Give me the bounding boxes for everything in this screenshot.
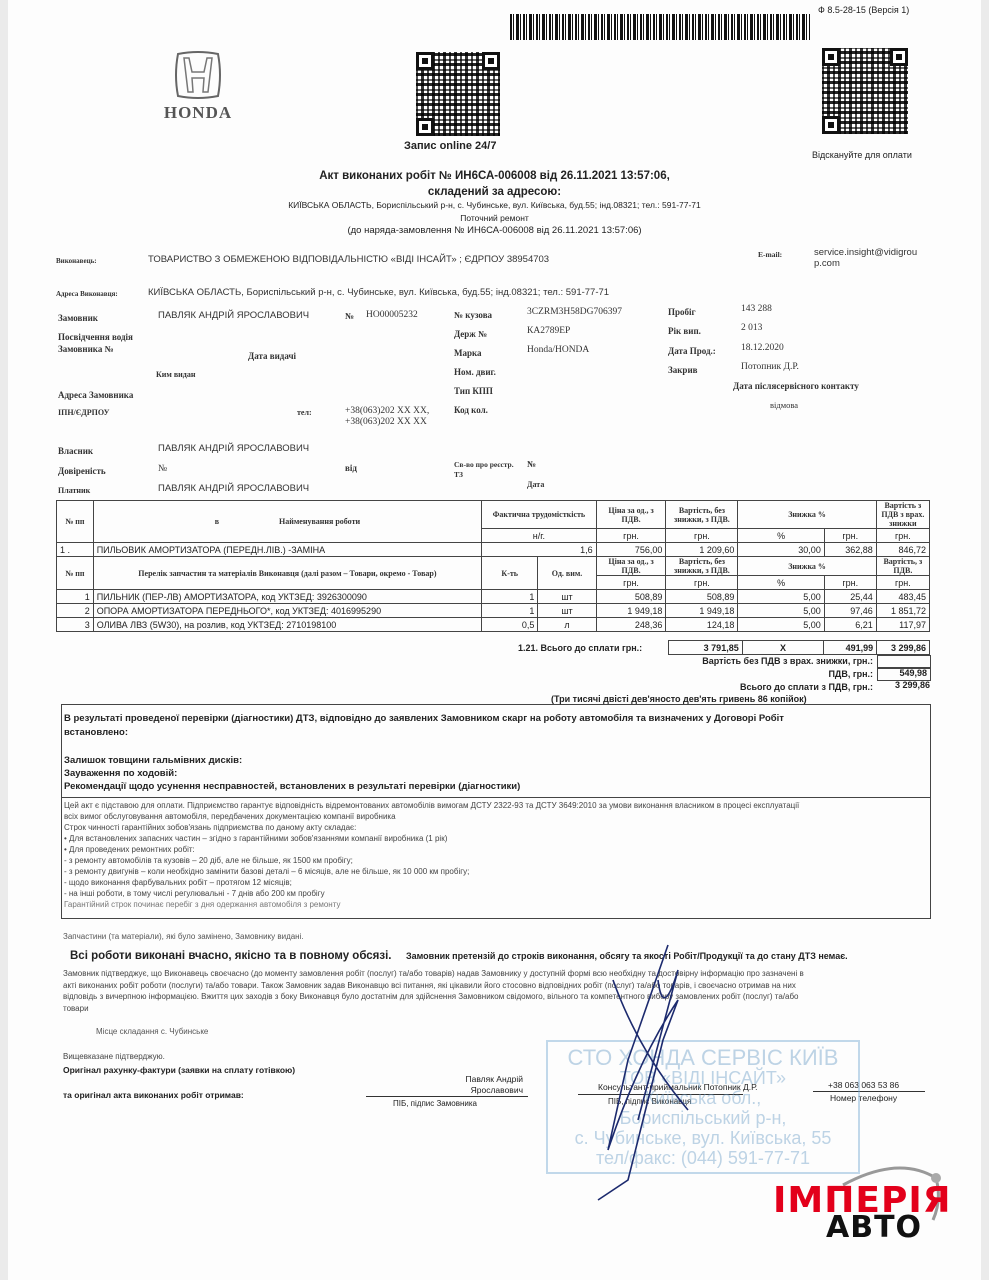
part-disc-uah: 25,44 bbox=[824, 590, 876, 604]
license-label-1: Посвідчення водія bbox=[58, 332, 133, 342]
table-row: 3 ОЛИВА ЛВЗ (5W30), на розлив, код УКТЗЕ… bbox=[57, 618, 930, 632]
part-name: ОПОРА АМОРТИЗАТОРА ПЕРЕДНЬОГО*, код УКТЗ… bbox=[93, 604, 481, 618]
part-unit: шт bbox=[538, 604, 596, 618]
warranty-line: - на інші роботи, в тому числі регулювал… bbox=[62, 888, 930, 899]
customer-no-value: НО00005232 bbox=[366, 310, 418, 320]
order-reference: (до наряда-замовлення № ИН6СА-006008 від… bbox=[8, 225, 981, 236]
original-invoice: Оригінал рахунку-фактури (заявки на спла… bbox=[63, 1065, 295, 1075]
col-cost: Вартість, без знижки, з ПДВ. bbox=[666, 501, 738, 529]
executor-label: Виконавець: bbox=[56, 257, 97, 265]
parts-col-unit: Од. вим. bbox=[538, 557, 596, 590]
total-in-words: (Три тисячі двісті дев'яносто дев'ять гр… bbox=[551, 694, 807, 704]
part-total: 1 851,72 bbox=[876, 604, 929, 618]
parts-unit-cost: грн. bbox=[666, 576, 738, 590]
col-mark: в bbox=[215, 517, 219, 526]
repair-type: Поточний ремонт bbox=[8, 213, 981, 223]
part-qty: 0,5 bbox=[482, 618, 538, 632]
brake-discs: Залишок товщини гальмівних дисків: bbox=[64, 755, 242, 766]
work-no: 1 . bbox=[57, 543, 94, 557]
make-value: Honda/HONDA bbox=[527, 345, 589, 355]
executor-address-label: Адреса Виконавця: bbox=[56, 290, 118, 298]
grand-total-value: 3 299,86 bbox=[877, 680, 930, 690]
part-unit-price: 1 949,18 bbox=[596, 604, 666, 618]
parts-col-discount: Знижка % bbox=[738, 557, 876, 576]
total-cost: 3 791,85 bbox=[669, 641, 743, 655]
poa-from-label: від bbox=[345, 463, 357, 473]
chassis-remarks: Зауваження по ходовій: bbox=[64, 768, 177, 779]
brand-name: HONDA bbox=[148, 103, 248, 123]
plate-value: КА2789ЕР bbox=[527, 326, 570, 336]
part-no: 1 bbox=[57, 590, 94, 604]
gearbox-label: Тип КПП bbox=[454, 386, 493, 396]
engine-label: Ном. двиг. bbox=[454, 367, 496, 377]
warranty-line: Строк чинності гарантійних зобов'язань п… bbox=[62, 822, 930, 833]
unit-price: грн. bbox=[596, 529, 666, 543]
poa-label: Довіреність bbox=[58, 466, 106, 476]
confirmation-text: Замовник підтверджує, що Виконавець своє… bbox=[63, 968, 933, 1014]
owner-name: ПАВЛЯК АНДРІЙ ЯРОСЛАВОВИЧ bbox=[158, 443, 309, 454]
email-label: E-mail: bbox=[758, 250, 782, 259]
grand-total-label: Всього до сплати з ПДВ, грн.: bbox=[628, 682, 873, 692]
no-vat-label: Вартість без ПДВ з врах. знижки, грн.: bbox=[628, 656, 873, 666]
parts-col-unit-price: Ціна за од., з ПДВ. bbox=[596, 557, 666, 576]
form-code: Ф 8.5-28-15 (Версія 1) bbox=[818, 5, 909, 15]
parts-col-name: Перелік запчастин та матеріалів Виконавц… bbox=[93, 557, 481, 590]
original-act: та оригінал акта виконаних робіт отримав… bbox=[63, 1090, 244, 1100]
parts-unit-price: грн. bbox=[596, 576, 666, 590]
col-discount: Знижка % bbox=[738, 501, 876, 529]
document-page: Ф 8.5-28-15 (Версія 1) HONDA Запис onlin… bbox=[8, 0, 981, 1280]
warranty-line: Цей акт є підставою для оплати. Підприєм… bbox=[62, 800, 930, 811]
customer-name: ПАВЛЯК АНДРІЙ ЯРОСЛАВОВИЧ bbox=[158, 310, 309, 321]
customer-no-label: № bbox=[345, 311, 354, 321]
closed-by-label: Закрив bbox=[668, 365, 698, 375]
email-line-1[interactable]: service.insight@vidigrou bbox=[814, 247, 917, 258]
warranty-line: Гарантійний строк починає перебіг з дня … bbox=[62, 899, 930, 910]
honda-h-logo-icon bbox=[148, 50, 248, 100]
parts-unit-total: грн. bbox=[876, 576, 929, 590]
mileage-label: Пробіг bbox=[668, 307, 696, 317]
part-disc-uah: 97,46 bbox=[824, 604, 876, 618]
watermark-logo-secondary: АВТО bbox=[826, 1210, 922, 1245]
parts-unit-disc-pct: % bbox=[738, 576, 824, 590]
post-contact-value: відмова bbox=[770, 400, 798, 410]
part-disc-uah: 6,21 bbox=[824, 618, 876, 632]
parts-col-qty: К-ть bbox=[482, 557, 538, 590]
part-no: 2 bbox=[57, 604, 94, 618]
barcode bbox=[510, 14, 810, 40]
works-parts-table: № пп вНайменування роботи Фактична трудо… bbox=[56, 500, 930, 632]
total-sum: 3 299,86 bbox=[877, 641, 930, 655]
diagnostics-line-1: В результаті проведеної перевірки (діагн… bbox=[64, 713, 784, 724]
warranty-line: - щодо виконання фарбувальних робіт – пр… bbox=[62, 877, 930, 888]
parts-col-no: № пп bbox=[57, 557, 94, 590]
warranty-line: - з ремонту двигунів – коли необхідно за… bbox=[62, 866, 930, 877]
warranty-line: • Для встановлених запасних частин – згі… bbox=[62, 833, 930, 844]
unit-total: грн. bbox=[876, 529, 929, 543]
closed-by-value: Потопник Д.Р. bbox=[741, 362, 799, 372]
confirmation-line: відповідь з вичерпною інформацією. Вжитт… bbox=[63, 991, 933, 1003]
year-label: Рік вип. bbox=[668, 326, 701, 336]
work-unit-price: 756,00 bbox=[596, 543, 666, 557]
issue-date-label: Дата видачі bbox=[248, 351, 296, 361]
parts-returned: Запчастини (та матеріали), які було замі… bbox=[63, 932, 304, 941]
work-name: ПИЛЬОВИК АМОРТИЗАТОРА (ПЕРЕДН.ЛІВ.) -ЗАМ… bbox=[93, 543, 481, 557]
vat-value-box: 549,98 bbox=[877, 667, 931, 681]
executor-value: ТОВАРИСТВО З ОБМЕЖЕНОЮ ВІДПОВІДАЛЬНІСТЮ … bbox=[148, 254, 549, 265]
customer-address-label: Адреса Замовника bbox=[58, 390, 133, 400]
table-row: 1 ПИЛЬНИК (ПЕР-ЛВ) АМОРТИЗАТОРА, код УКТ… bbox=[57, 590, 930, 604]
customer-label: Замовник bbox=[58, 313, 98, 323]
total-label: 1.21. Всього до сплати грн.: bbox=[518, 643, 642, 653]
body-no-value: 3CZRM3H58DG706397 bbox=[527, 307, 622, 317]
work-total: 846,72 bbox=[876, 543, 929, 557]
work-disc-uah: 362,88 bbox=[824, 543, 876, 557]
part-no: 3 bbox=[57, 618, 94, 632]
license-label-2: Замовника № bbox=[58, 344, 114, 354]
confirmation-line: Замовник підтверджує, що Виконавець своє… bbox=[63, 968, 933, 980]
vat-value: 549,98 bbox=[899, 668, 930, 678]
post-contact-label: Дата післясервісного контакту bbox=[733, 381, 859, 391]
work-cost: 1 209,60 bbox=[666, 543, 738, 557]
reg-date-label: Дата bbox=[527, 480, 544, 489]
year-value: 2 013 bbox=[741, 323, 762, 333]
part-unit-price: 508,89 bbox=[596, 590, 666, 604]
place-of-issue: Місце складання с. Чубинське bbox=[96, 1027, 208, 1036]
table-row: 1 . ПИЛЬОВИК АМОРТИЗАТОРА (ПЕРЕДН.ЛІВ.) … bbox=[57, 543, 930, 557]
body-no-label: № кузова bbox=[454, 310, 492, 320]
qr-online-caption: Запис online 24/7 bbox=[404, 140, 496, 152]
poa-no-label: № bbox=[158, 464, 167, 474]
unit-cost: грн. bbox=[666, 529, 738, 543]
diagnostics-box: В результаті проведеної перевірки (діагн… bbox=[61, 704, 931, 798]
part-cost: 124,18 bbox=[666, 618, 738, 632]
qr-payment[interactable] bbox=[822, 48, 908, 134]
part-disc-pct: 5,00 bbox=[738, 618, 824, 632]
total-discount: 491,99 bbox=[824, 641, 877, 655]
col-labor: Фактична трудомісткість bbox=[482, 501, 597, 529]
qr-online-booking[interactable] bbox=[416, 52, 500, 136]
parts-unit-disc-uah: грн. bbox=[824, 576, 876, 590]
customer-sig-caption: ПІБ, підпис Замовника bbox=[393, 1099, 477, 1108]
part-unit: шт bbox=[538, 590, 596, 604]
warranty-box: Цей акт є підставою для оплати. Підприєм… bbox=[61, 797, 931, 919]
unit-disc-uah: грн. bbox=[824, 529, 876, 543]
tax-id-label: ІПН/ЄДРПОУ bbox=[58, 408, 109, 417]
issued-by-label: Ким видан bbox=[156, 370, 195, 379]
customer-sig-line bbox=[366, 1096, 528, 1097]
col-total: Вартість з ПДВ з врах. знижки bbox=[876, 501, 929, 529]
act-address: КИЇВСЬКА ОБЛАСТЬ, Бориспільський р-н, с.… bbox=[8, 200, 981, 210]
part-cost: 1 949,18 bbox=[666, 604, 738, 618]
vat-label: ПДВ, грн.: bbox=[628, 669, 873, 679]
payer-name: ПАВЛЯК АНДРІЙ ЯРОСЛАВОВИЧ bbox=[158, 483, 309, 494]
plate-label: Держ № bbox=[454, 329, 487, 339]
part-unit: л bbox=[538, 618, 596, 632]
work-labor: 1,6 bbox=[482, 543, 597, 557]
mileage-value: 143 288 bbox=[741, 304, 772, 314]
part-cost: 508,89 bbox=[666, 590, 738, 604]
part-unit-price: 248,36 bbox=[596, 618, 666, 632]
phone-label: тел: bbox=[297, 408, 312, 417]
owner-label: Власник bbox=[58, 446, 93, 456]
customer-sig-name-2: Ярославович bbox=[448, 1085, 523, 1095]
confirmation-line: товари bbox=[63, 1003, 933, 1015]
col-work-name: вНайменування роботи bbox=[93, 501, 481, 543]
part-total: 483,45 bbox=[876, 590, 929, 604]
warranty-line: - з ремонту автомобілів та кузовів – 20 … bbox=[62, 855, 930, 866]
part-qty: 1 bbox=[482, 590, 538, 604]
part-total: 117,97 bbox=[876, 618, 929, 632]
totals-table: 3 791,85 X 491,99 3 299,86 bbox=[668, 640, 930, 655]
unit-labor: н/г. bbox=[482, 529, 597, 543]
phone-2: +38(063)202 XX XX bbox=[345, 417, 427, 427]
total-x: X bbox=[742, 641, 824, 655]
confirm-above: Вищевказане підтверджую. bbox=[63, 1052, 165, 1061]
email-line-2[interactable]: p.com bbox=[814, 258, 840, 269]
part-name: ПИЛЬНИК (ПЕР-ЛВ) АМОРТИЗАТОРА, код УКТЗЕ… bbox=[93, 590, 481, 604]
reg-cert-label-1: Св-во про реєстр. bbox=[454, 460, 514, 469]
qr-payment-caption: Відскануйте для оплати bbox=[812, 150, 912, 160]
part-disc-pct: 5,00 bbox=[738, 604, 824, 618]
unit-disc-pct: % bbox=[738, 529, 824, 543]
payer-label: Платник bbox=[58, 486, 90, 495]
table-row: 2 ОПОРА АМОРТИЗАТОРА ПЕРЕДНЬОГО*, код УК… bbox=[57, 604, 930, 618]
signature-icon bbox=[568, 940, 738, 1210]
col-no: № пп bbox=[57, 501, 94, 543]
customer-sig-name-1: Павляк Андрій bbox=[448, 1074, 523, 1084]
act-subtitle: складений за адресою: bbox=[8, 186, 981, 198]
make-label: Марка bbox=[454, 348, 482, 358]
sale-date-value: 18.12.2020 bbox=[741, 343, 784, 353]
honda-logo: HONDA bbox=[148, 50, 248, 120]
part-qty: 1 bbox=[482, 604, 538, 618]
parts-col-total: Вартість, з ПДВ. bbox=[876, 557, 929, 576]
reg-cert-label-2: ТЗ bbox=[454, 470, 463, 479]
parts-col-cost: Вартість, без знижки, з ПДВ. bbox=[666, 557, 738, 576]
col-unit-price: Ціна за од., з ПДВ. bbox=[596, 501, 666, 529]
warranty-line: всіх вимог обслуговування автомобіля, пе… bbox=[62, 811, 930, 822]
executor-address: КИЇВСЬКА ОБЛАСТЬ, Бориспільський р-н, с.… bbox=[148, 287, 609, 298]
diagnostics-line-2: встановлено: bbox=[64, 727, 128, 738]
color-code-label: Код кол. bbox=[454, 405, 488, 415]
confirmation-line: акті виконаних робіт роботи (послуги) та… bbox=[63, 980, 933, 992]
part-name: ОЛИВА ЛВЗ (5W30), на розлив, код УКТЗЕД:… bbox=[93, 618, 481, 632]
warranty-line: • Для проведених ремонтних робіт: bbox=[62, 844, 930, 855]
phone-1: +38(063)202 XX XX, bbox=[345, 406, 429, 416]
reg-no-label: № bbox=[527, 459, 536, 469]
col-work-name-text: Найменування роботи bbox=[279, 517, 360, 526]
work-disc-pct: 30,00 bbox=[738, 543, 824, 557]
part-disc-pct: 5,00 bbox=[738, 590, 824, 604]
recommendations: Рекомендації щодо усунення несправностей… bbox=[64, 781, 520, 792]
sale-date-label: Дата Прод.: bbox=[668, 346, 716, 356]
act-title: Акт виконаних робіт № ИН6СА-006008 від 2… bbox=[8, 170, 981, 182]
all-works-done: Всі роботи виконані вчасно, якісно та в … bbox=[70, 950, 392, 962]
